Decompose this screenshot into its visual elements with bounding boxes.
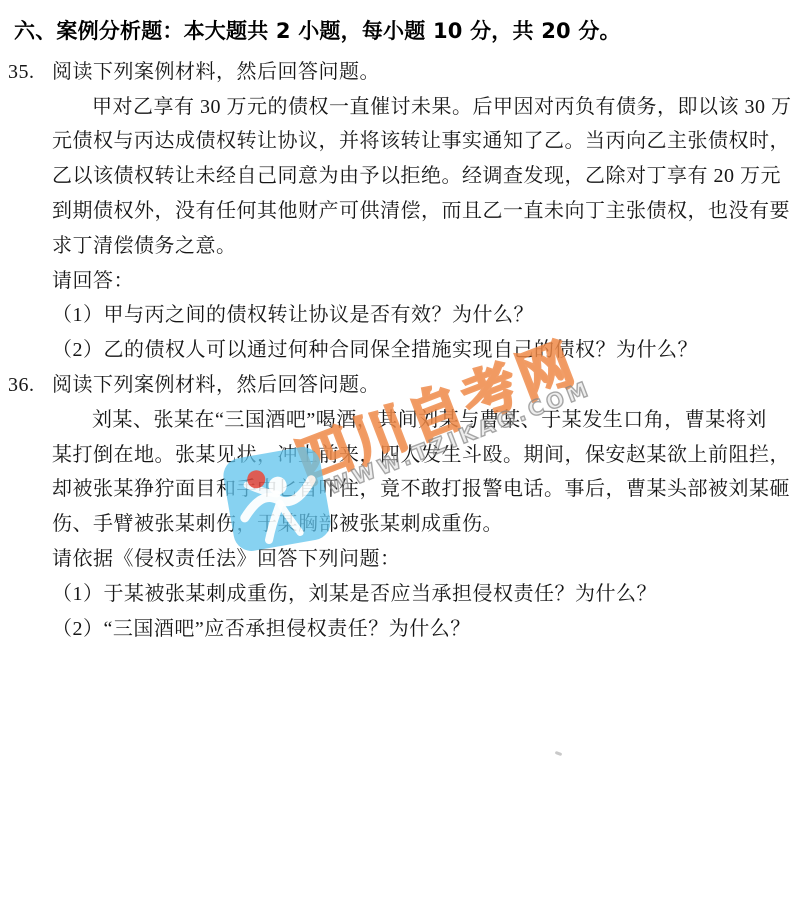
case-text-line: 伤、手臂被张某刺伤，于某胸部被张某刺成重伤。 xyxy=(0,507,800,542)
case-text-line: 刘某、张某在“三国酒吧”喝酒，其间刘某与曹某、于某发生口角，曹某将刘 xyxy=(0,403,800,438)
question-36-intro-line: 36.阅读下列案例材料，然后回答问题。 xyxy=(0,368,800,403)
question-36-sub1: （1）于某被张某刺成重伤，刘某是否应当承担侵权责任？为什么？ xyxy=(0,577,800,612)
question-35-intro-line: 35.阅读下列案例材料，然后回答问题。 xyxy=(0,55,800,90)
case-text-line: 到期债权外，没有任何其他财产可供清偿，而且乙一直未向丁主张债权，也没有要 xyxy=(0,194,800,229)
question-35-number: 35. xyxy=(8,55,52,90)
case-text-line: 却被张某狰狞面目和手中匕首吓住，竟不敢打报警电话。事后，曹某头部被刘某砸 xyxy=(0,472,800,507)
exam-text-block: 六、案例分析题：本大题共 2 小题，每小题 10 分，共 20 分。 35.阅读… xyxy=(0,0,800,910)
question-36-intro: 阅读下列案例材料，然后回答问题。 xyxy=(52,374,380,396)
question-35-prompt: 请回答： xyxy=(0,264,800,299)
case-text-line: 甲对乙享有 30 万元的债权一直催讨未果。后甲因对丙负有债务，即以该 30 万 xyxy=(0,90,800,125)
question-35-sub1: （1）甲与丙之间的债权转让协议是否有效？为什么？ xyxy=(0,298,800,333)
question-35-sub2: （2）乙的债权人可以通过何种合同保全措施实现自己的债权？为什么？ xyxy=(0,333,800,368)
question-36-prompt: 请依据《侵权责任法》回答下列问题： xyxy=(0,542,800,577)
case-text-line: 乙以该债权转让未经自己同意为由予以拒绝。经调查发现，乙除对丁享有 20 万元 xyxy=(0,159,800,194)
question-35-intro: 阅读下列案例材料，然后回答问题。 xyxy=(52,61,380,83)
section-header: 六、案例分析题：本大题共 2 小题，每小题 10 分，共 20 分。 xyxy=(0,14,800,49)
case-text-line: 元债权与丙达成债权转让协议，并将该转让事实通知了乙。当丙向乙主张债权时， xyxy=(0,124,800,159)
question-36-sub2: （2）“三国酒吧”应否承担侵权责任？为什么？ xyxy=(0,612,800,647)
exam-page: 六、案例分析题：本大题共 2 小题，每小题 10 分，共 20 分。 35.阅读… xyxy=(0,0,800,910)
case-text-line: 某打倒在地。张某见状，冲上前来，四人发生斗殴。期间，保安赵某欲上前阻拦， xyxy=(0,438,800,473)
question-36-number: 36. xyxy=(8,368,52,403)
case-text-line: 求丁清偿债务之意。 xyxy=(0,229,800,264)
